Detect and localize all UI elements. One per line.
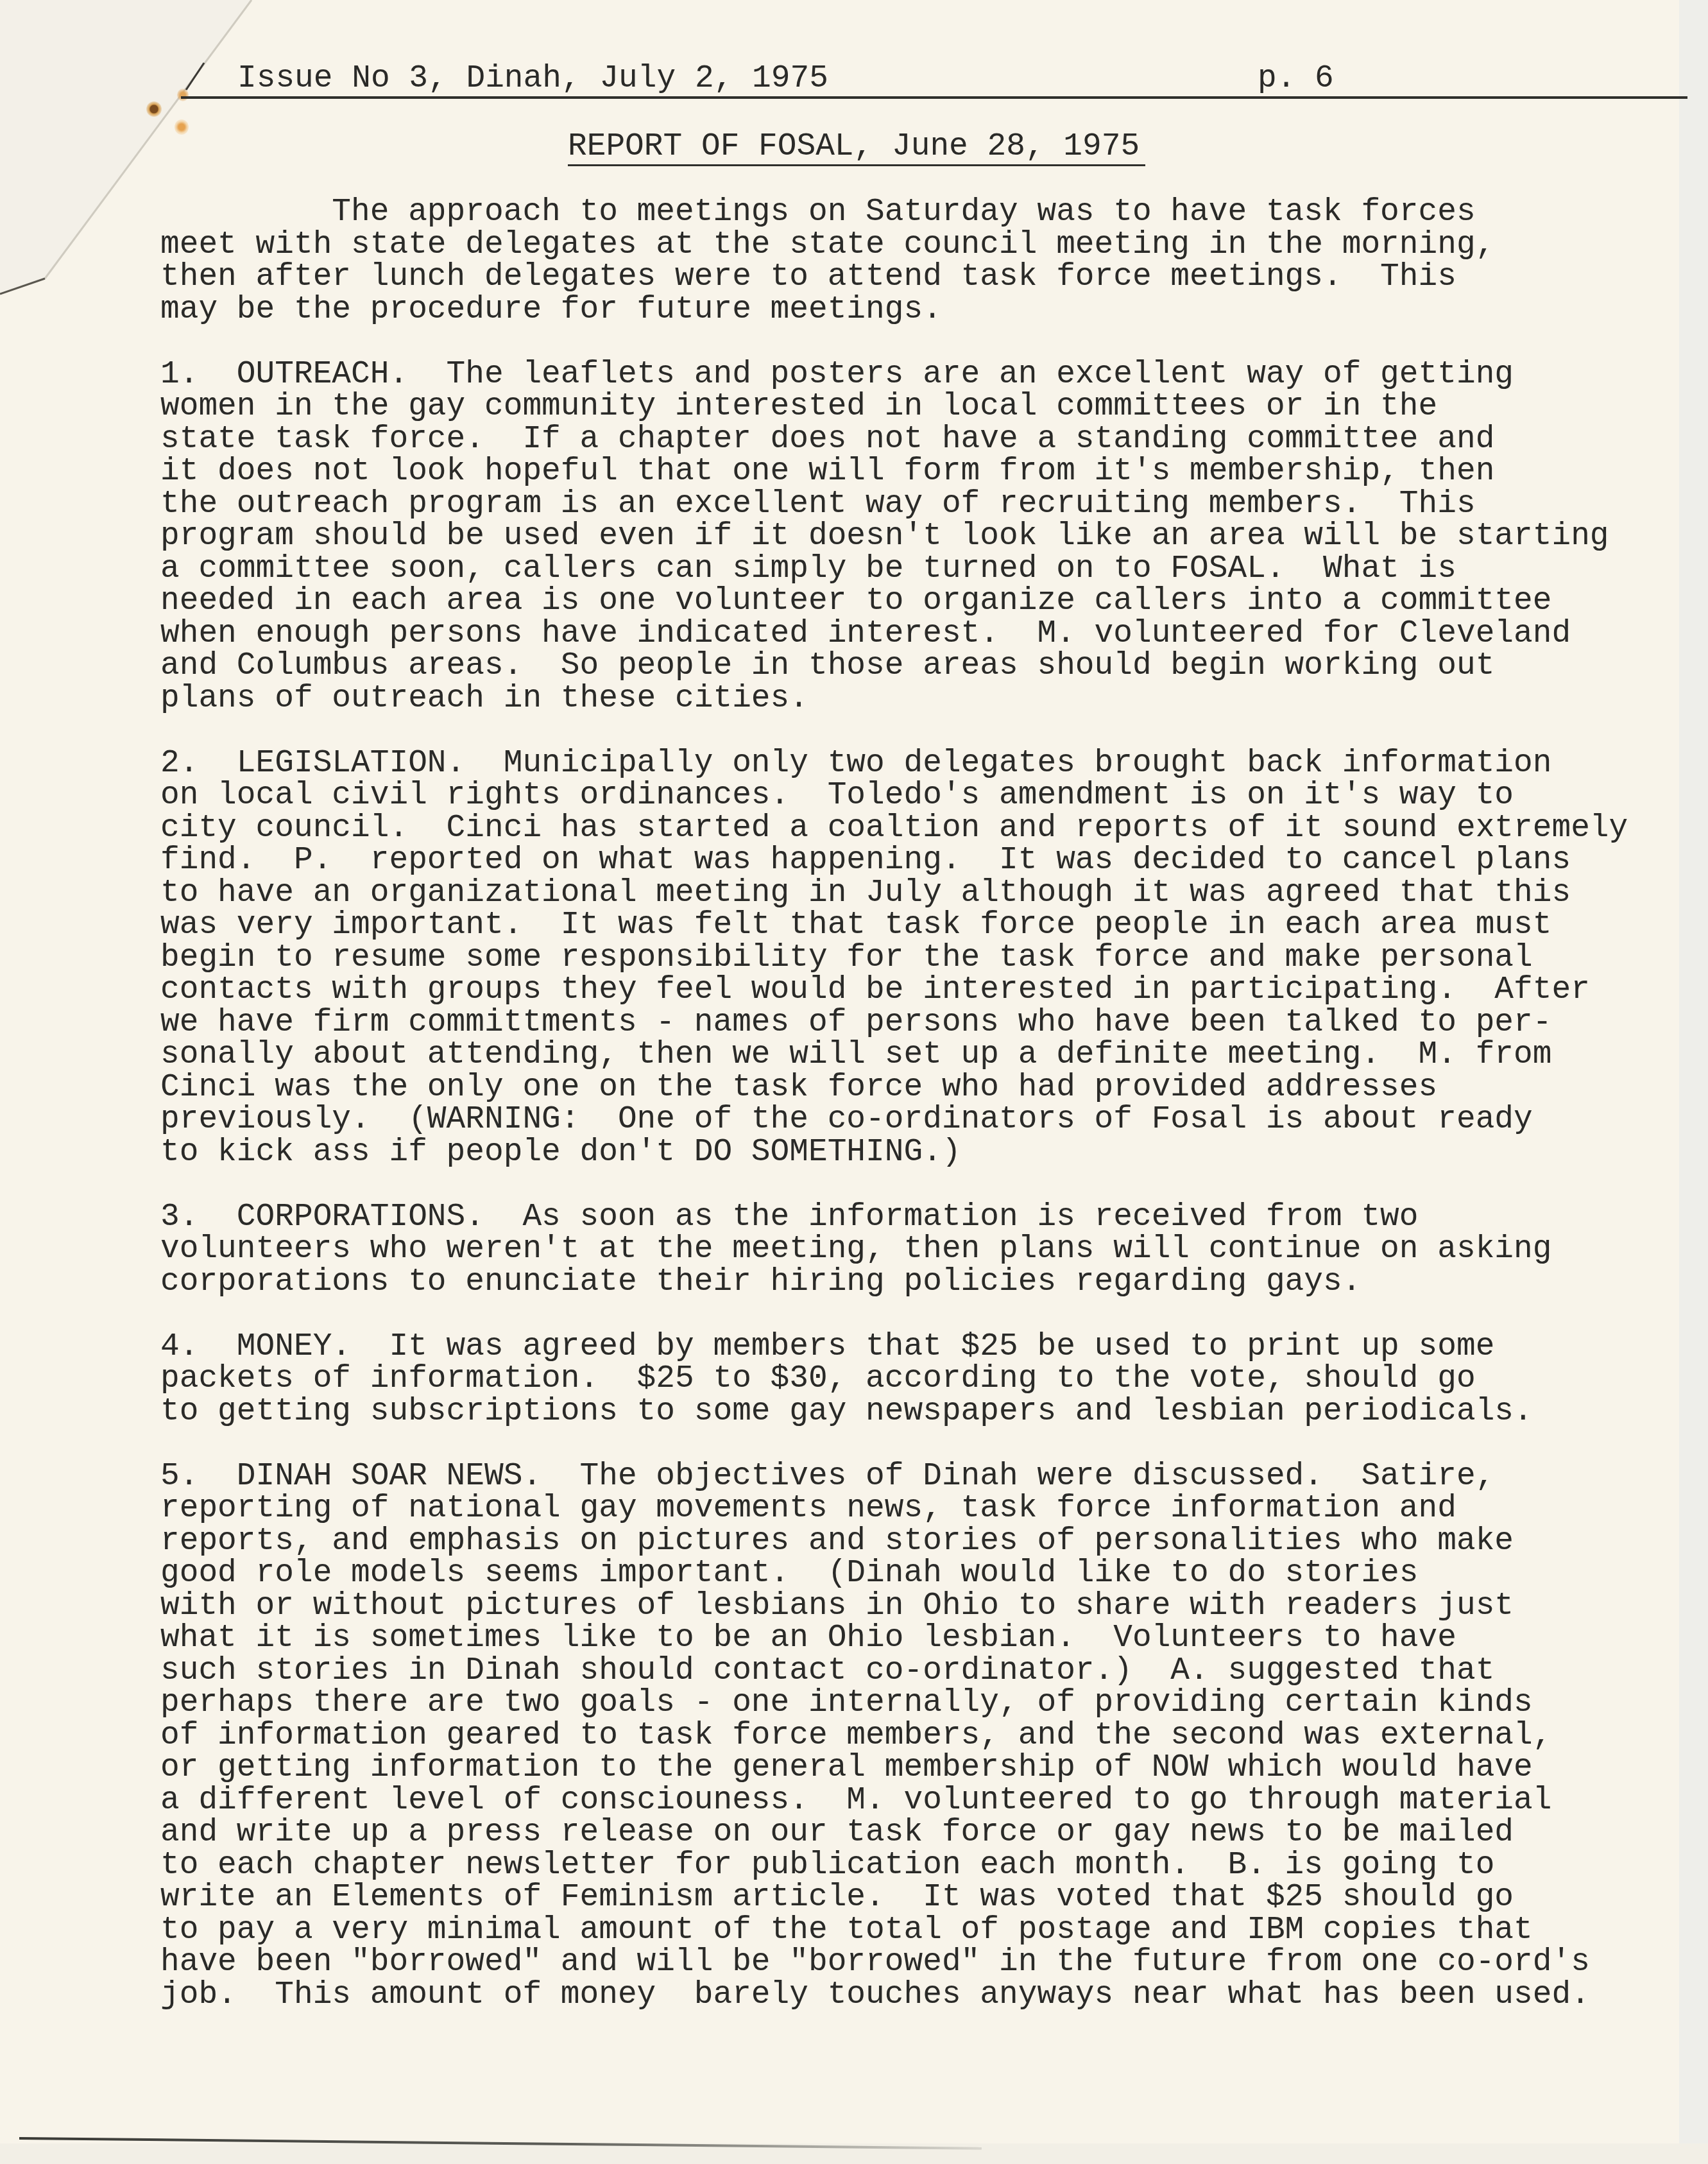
text-line: reports, and emphasis on pictures and st… — [160, 1525, 1514, 1558]
text-line: such stories in Dinah should contact co-… — [160, 1654, 1494, 1687]
text-line: we have firm committments - names of per… — [160, 1006, 1551, 1039]
text-line: previously. (WARNING: One of the co-ordi… — [160, 1103, 1533, 1136]
text-line: when enough persons have indicated inter… — [160, 617, 1571, 650]
text-line: 3. CORPORATIONS. As soon as the informat… — [160, 1201, 1419, 1233]
text-line: reporting of national gay movements news… — [160, 1492, 1456, 1525]
text-line: perhaps there are two goals - one intern… — [160, 1687, 1533, 1719]
rust-stain — [175, 119, 189, 135]
text-line: to have an organizational meeting in Jul… — [160, 877, 1571, 909]
text-line: corporations to enunciate their hiring p… — [160, 1266, 1361, 1298]
text-line: packets of information. $25 to $30, acco… — [160, 1362, 1476, 1395]
text-line: and write up a press release on our task… — [160, 1816, 1514, 1849]
document-page: Issue No 3, Dinah, July 2, 1975 p. 6 REP… — [0, 0, 1679, 2164]
text-line: The approach to meetings on Saturday was… — [160, 196, 1476, 228]
text-line: begin to resume some responsibility for … — [160, 941, 1533, 974]
text-line: 5. DINAH SOAR NEWS. The objectives of Di… — [160, 1460, 1494, 1493]
text-line: to getting subscriptions to some gay new… — [160, 1395, 1533, 1428]
rust-stain — [177, 89, 189, 101]
text-line: was very important. It was felt that tas… — [160, 909, 1551, 941]
header-rule — [181, 96, 1687, 99]
text-line: 2. LEGISLATION. Municipally only two del… — [160, 747, 1551, 780]
page-number: p. 6 — [1258, 62, 1334, 95]
text-line: city council. Cinci has started a coalti… — [160, 812, 1628, 845]
text-line: volunteers who weren't at the meeting, t… — [160, 1233, 1551, 1266]
text-line: job. This amount of money barely touches… — [160, 1979, 1590, 2011]
text-line: or getting information to the general me… — [160, 1751, 1533, 1784]
report-title: REPORT OF FOSAL, June 28, 1975 — [568, 130, 1140, 163]
text-line: it does not look hopeful that one will f… — [160, 455, 1494, 488]
rust-stain — [146, 101, 162, 117]
text-line: Cinci was the only one on the task force… — [160, 1071, 1437, 1104]
text-line: to pay a very minimal amount of the tota… — [160, 1914, 1533, 1946]
text-line: the outreach program is an excellent way… — [160, 488, 1476, 520]
text-line: with or without pictures of lesbians in … — [160, 1590, 1514, 1622]
text-line: and Columbus areas. So people in those a… — [160, 649, 1494, 682]
text-line: find. P. reported on what was happening.… — [160, 844, 1571, 877]
text-line: to kick ass if people don't DO SOMETHING… — [160, 1136, 961, 1169]
text-line: what it is sometimes like to be an Ohio … — [160, 1622, 1456, 1654]
text-line: plans of outreach in these cities. — [160, 682, 808, 715]
text-line: then after lunch delegates were to atten… — [160, 261, 1456, 293]
title-underline — [568, 164, 1145, 166]
text-line: have been "borrowed" and will be "borrow… — [160, 1946, 1590, 1979]
text-line: needed in each area is one volunteer to … — [160, 585, 1551, 617]
text-line: on local civil rights ordinances. Toledo… — [160, 779, 1514, 812]
text-line: may be the procedure for future meetings… — [160, 293, 942, 326]
text-line: good role models seems important. (Dinah… — [160, 1557, 1419, 1590]
text-line: meet with state delegates at the state c… — [160, 228, 1494, 261]
issue-header: Issue No 3, Dinah, July 2, 1975 — [237, 62, 828, 95]
text-line: write an Elements of Feminism article. I… — [160, 1881, 1514, 1914]
text-line: contacts with groups they feel would be … — [160, 974, 1590, 1006]
text-line: a committee soon, callers can simply be … — [160, 553, 1456, 585]
text-line: a different level of consciouness. M. vo… — [160, 1784, 1551, 1817]
text-line: women in the gay community interested in… — [160, 390, 1437, 423]
text-line: program should be used even if it doesn'… — [160, 520, 1609, 553]
text-line: state task force. If a chapter does not … — [160, 423, 1494, 456]
text-line: of information geared to task force memb… — [160, 1719, 1551, 1752]
text-line: 1. OUTREACH. The leaflets and posters ar… — [160, 358, 1514, 391]
text-line: 4. MONEY. It was agreed by members that … — [160, 1330, 1494, 1363]
text-line: to each chapter newsletter for publicati… — [160, 1849, 1494, 1882]
text-line: sonally about attending, then we will se… — [160, 1038, 1551, 1071]
